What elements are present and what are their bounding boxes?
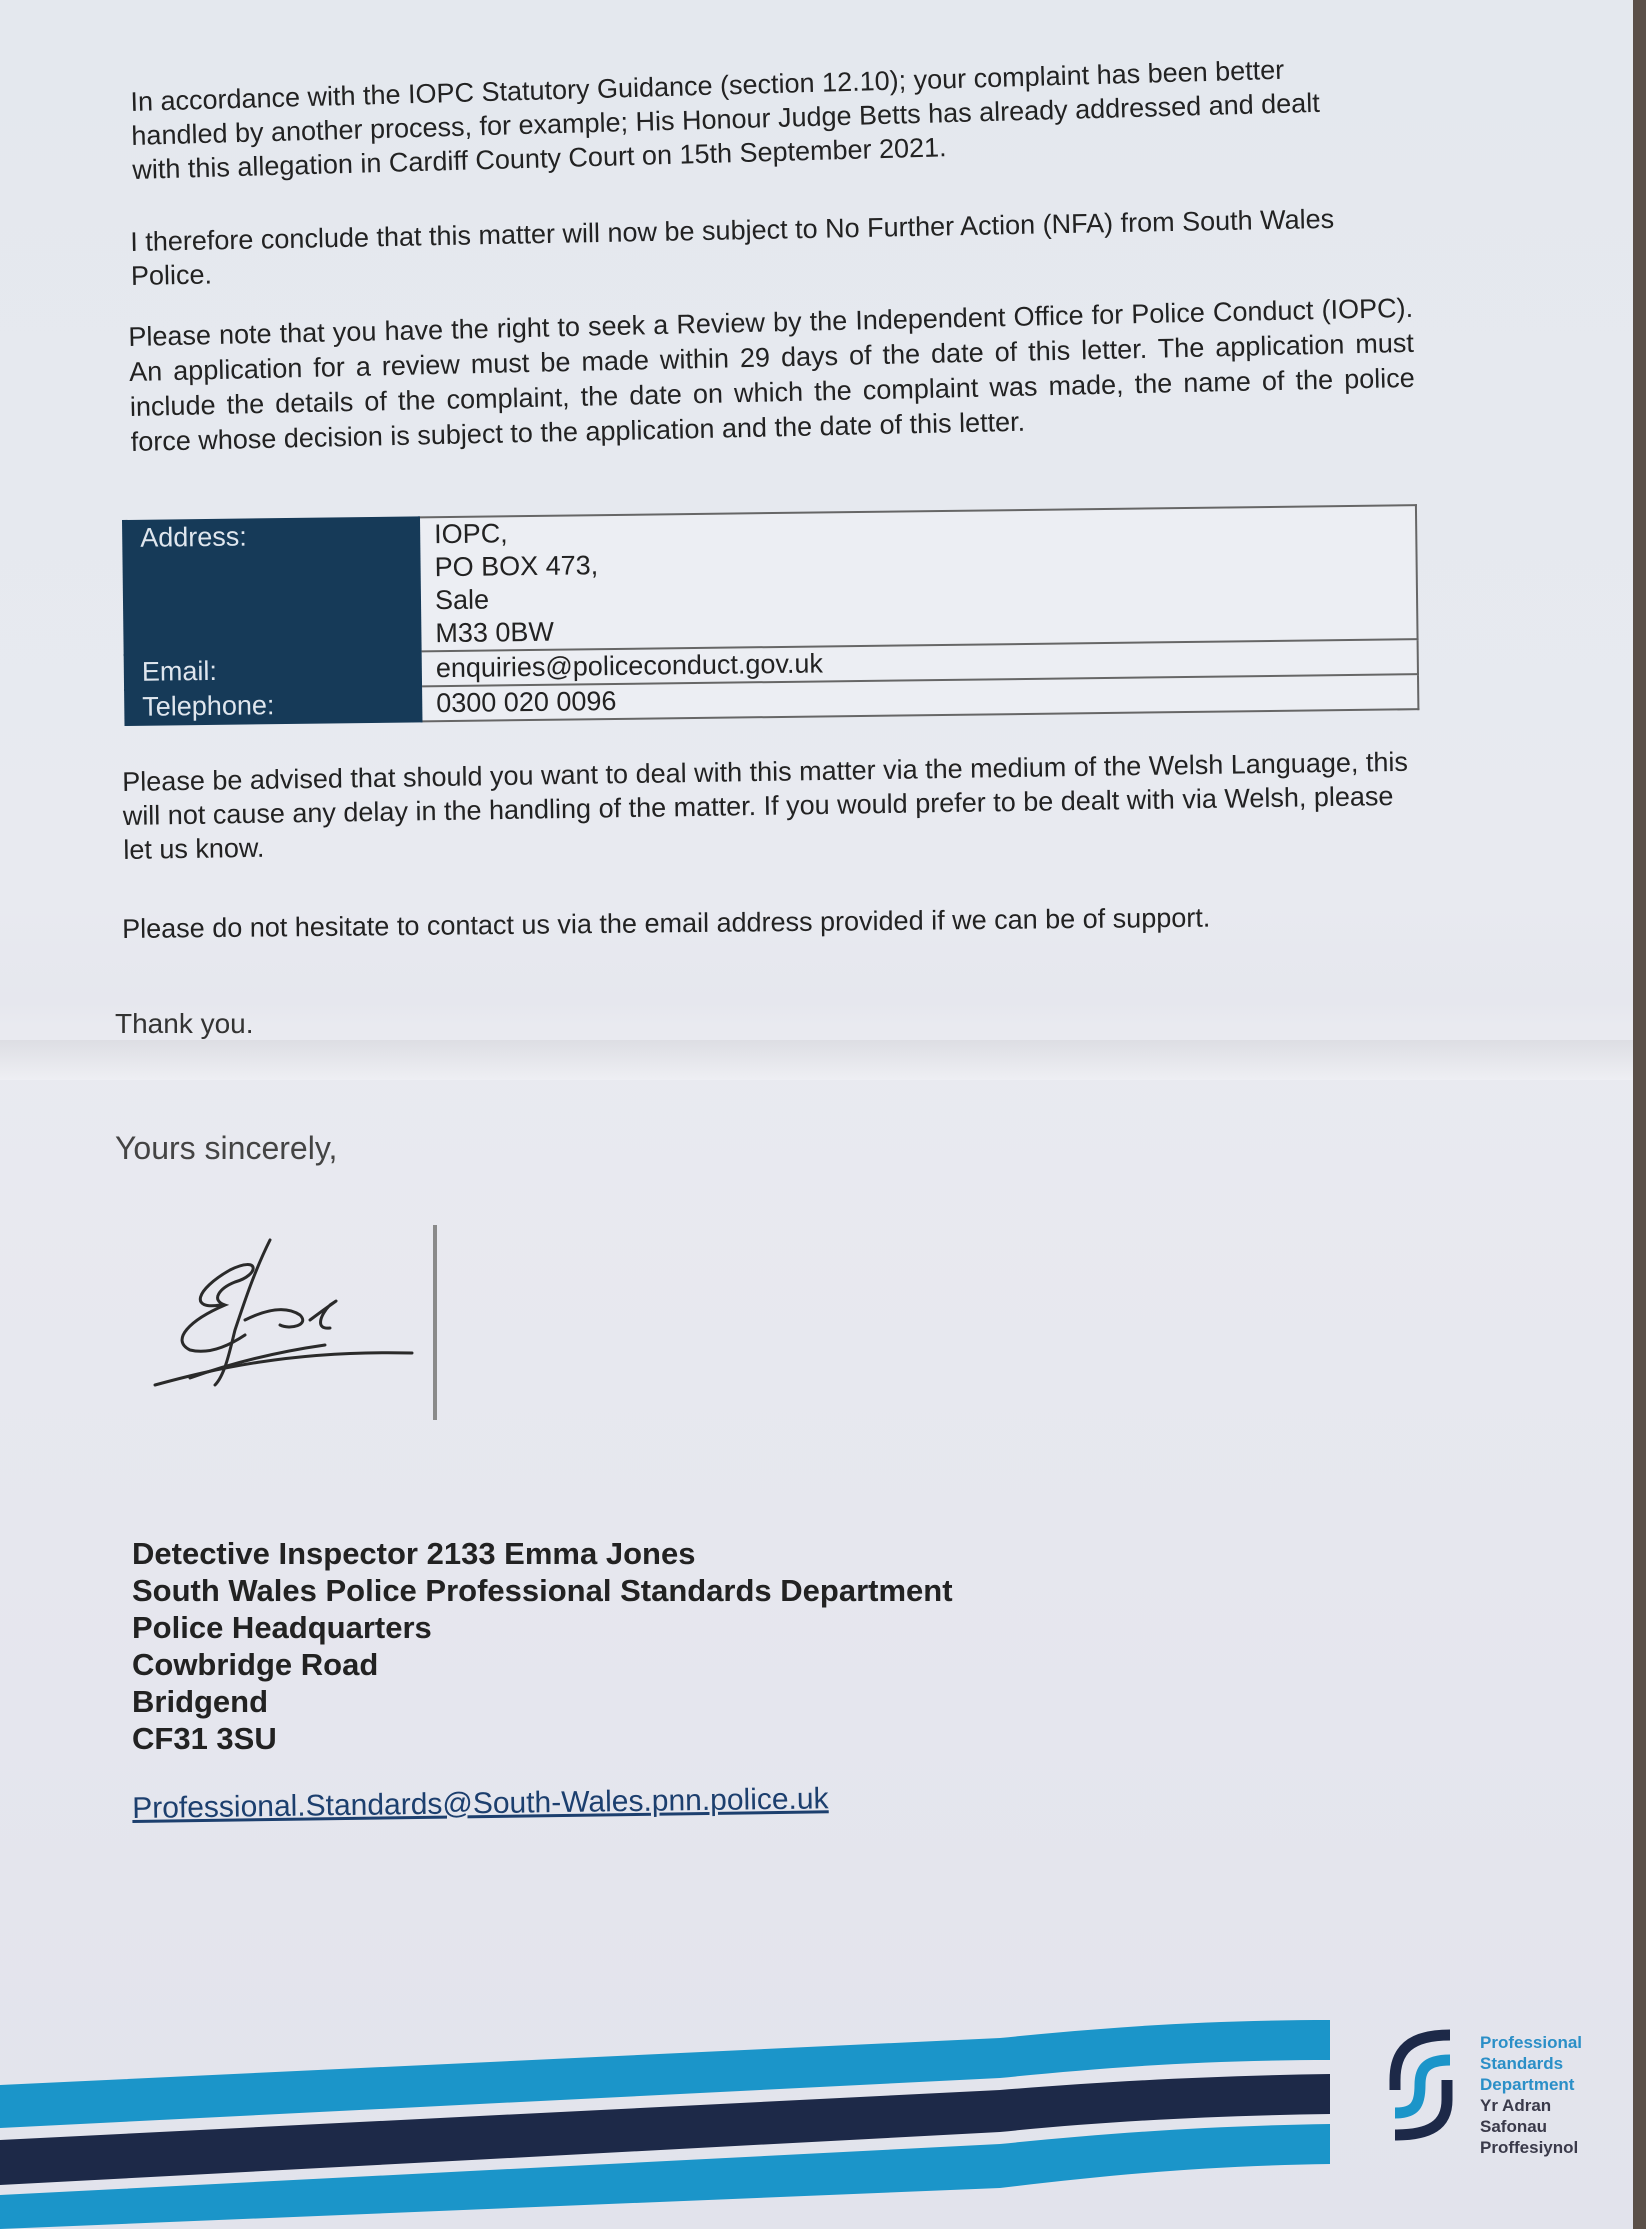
paragraph-welsh-language: Please be advised that should you want t… [122,745,1418,867]
paper-fold [0,1040,1633,1080]
letter-page: In accordance with the IOPC Statutory Gu… [0,0,1633,2229]
address-label: Address: [123,517,421,655]
signatory-address-line: Cowbridge Road [132,1646,953,1683]
iopc-contact-table: Address: IOPC, PO BOX 473, Sale M33 0BW … [122,504,1419,726]
psd-logo-text: Professional Standards Department Yr Adr… [1480,2032,1582,2158]
signatory-name: Detective Inspector 2133 Emma Jones [132,1535,953,1572]
psd-logo-icon [1385,2025,1460,2145]
signatory-department: South Wales Police Professional Standard… [132,1572,953,1609]
closing-line: Yours sincerely, [115,1130,337,1167]
paragraph-conclusion: I therefore conclude that this matter wi… [130,201,1361,293]
thanks-line: Thank you. [115,1008,254,1040]
signatory-block: Detective Inspector 2133 Emma Jones Sout… [132,1535,953,1757]
paragraph-support: Please do not hesitate to contact us via… [122,898,1422,946]
signatory-address-line: CF31 3SU [132,1720,953,1757]
signatory-address-line: Bridgend [132,1683,953,1720]
signatory-address-line: Police Headquarters [132,1609,953,1646]
paragraph-review-rights: Please note that you have the right to s… [128,291,1416,460]
paragraph-guidance: In accordance with the IOPC Statutory Gu… [130,50,1372,187]
address-value: IOPC, PO BOX 473, Sale M33 0BW [419,505,1418,651]
footer-stripes [0,1990,1330,2229]
signatory-email-link[interactable]: Professional.Standards@South-Wales.pnn.p… [132,1782,829,1826]
signature-image [150,1210,420,1410]
telephone-label: Telephone: [125,686,421,725]
address-row: Address: IOPC, PO BOX 473, Sale M33 0BW [123,505,1418,655]
email-label: Email: [125,651,421,690]
signature-divider [433,1225,437,1420]
